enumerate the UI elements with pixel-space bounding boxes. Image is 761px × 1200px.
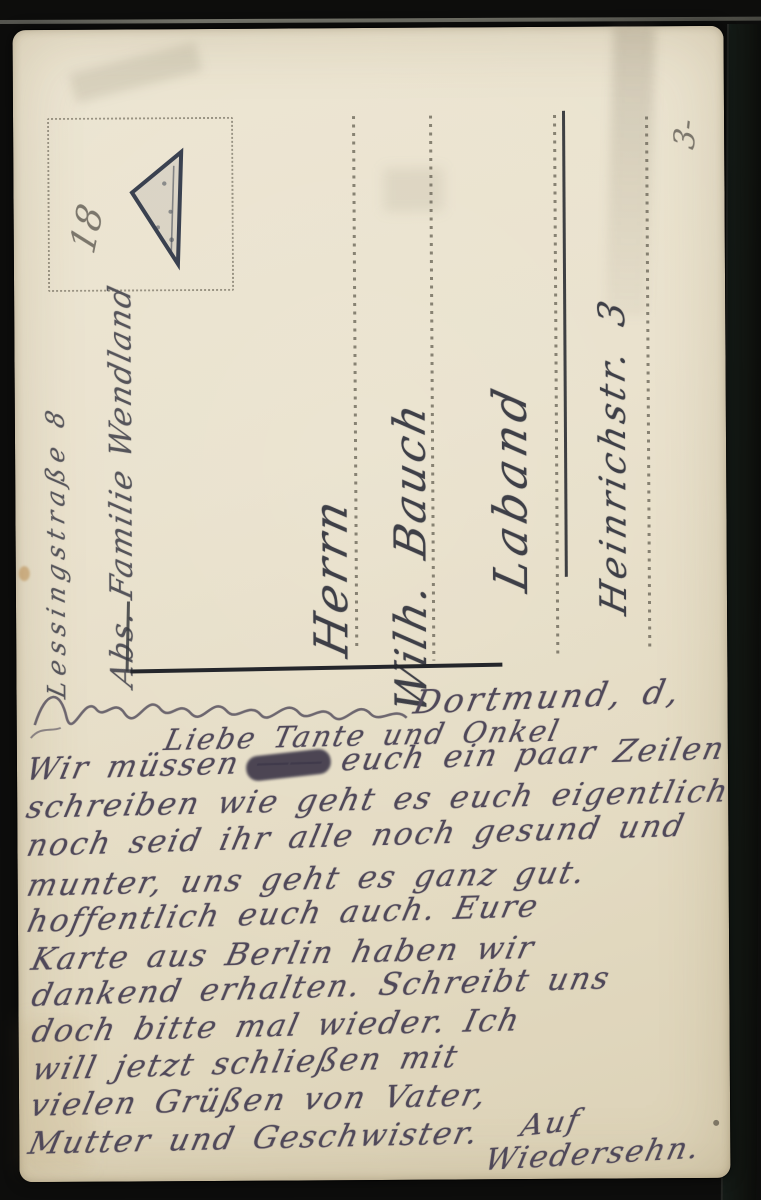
stain-spot-orange [19,566,30,581]
frame-edge-top [0,17,761,24]
triangle-postmark-icon [112,140,200,274]
address-recipient-title: Herrn [303,492,358,661]
address-underline [562,111,568,577]
address-rule-4 [645,116,651,651]
address-rule-3 [553,115,559,655]
postcard-back: 18 3- Herrn Wilh. Bauch Laband Heinrichs… [12,26,730,1182]
pencil-note: 18 [64,199,112,259]
stamp-box: 18 [47,117,234,292]
message-closing-wiedersehn: Wiedersehn. [481,1131,704,1178]
stain-center [383,168,443,212]
photo-background: 18 3- Herrn Wilh. Bauch Laband Heinrichs… [0,0,761,1200]
address-recipient-street: Heinrichstr. 3 [592,293,635,618]
pencil-price-mark: 3- [667,115,704,152]
divider-line [130,663,502,673]
stain-smudge [69,42,202,103]
sender-line-1: Abs. Familie Wendland [102,281,141,691]
address-recipient-town: Laband [483,379,538,596]
sender-line-2: Lessingstraße 8 [41,402,72,701]
address-recipient-name: Wilh. Bauch [385,396,438,718]
stain-speck [713,1120,719,1126]
